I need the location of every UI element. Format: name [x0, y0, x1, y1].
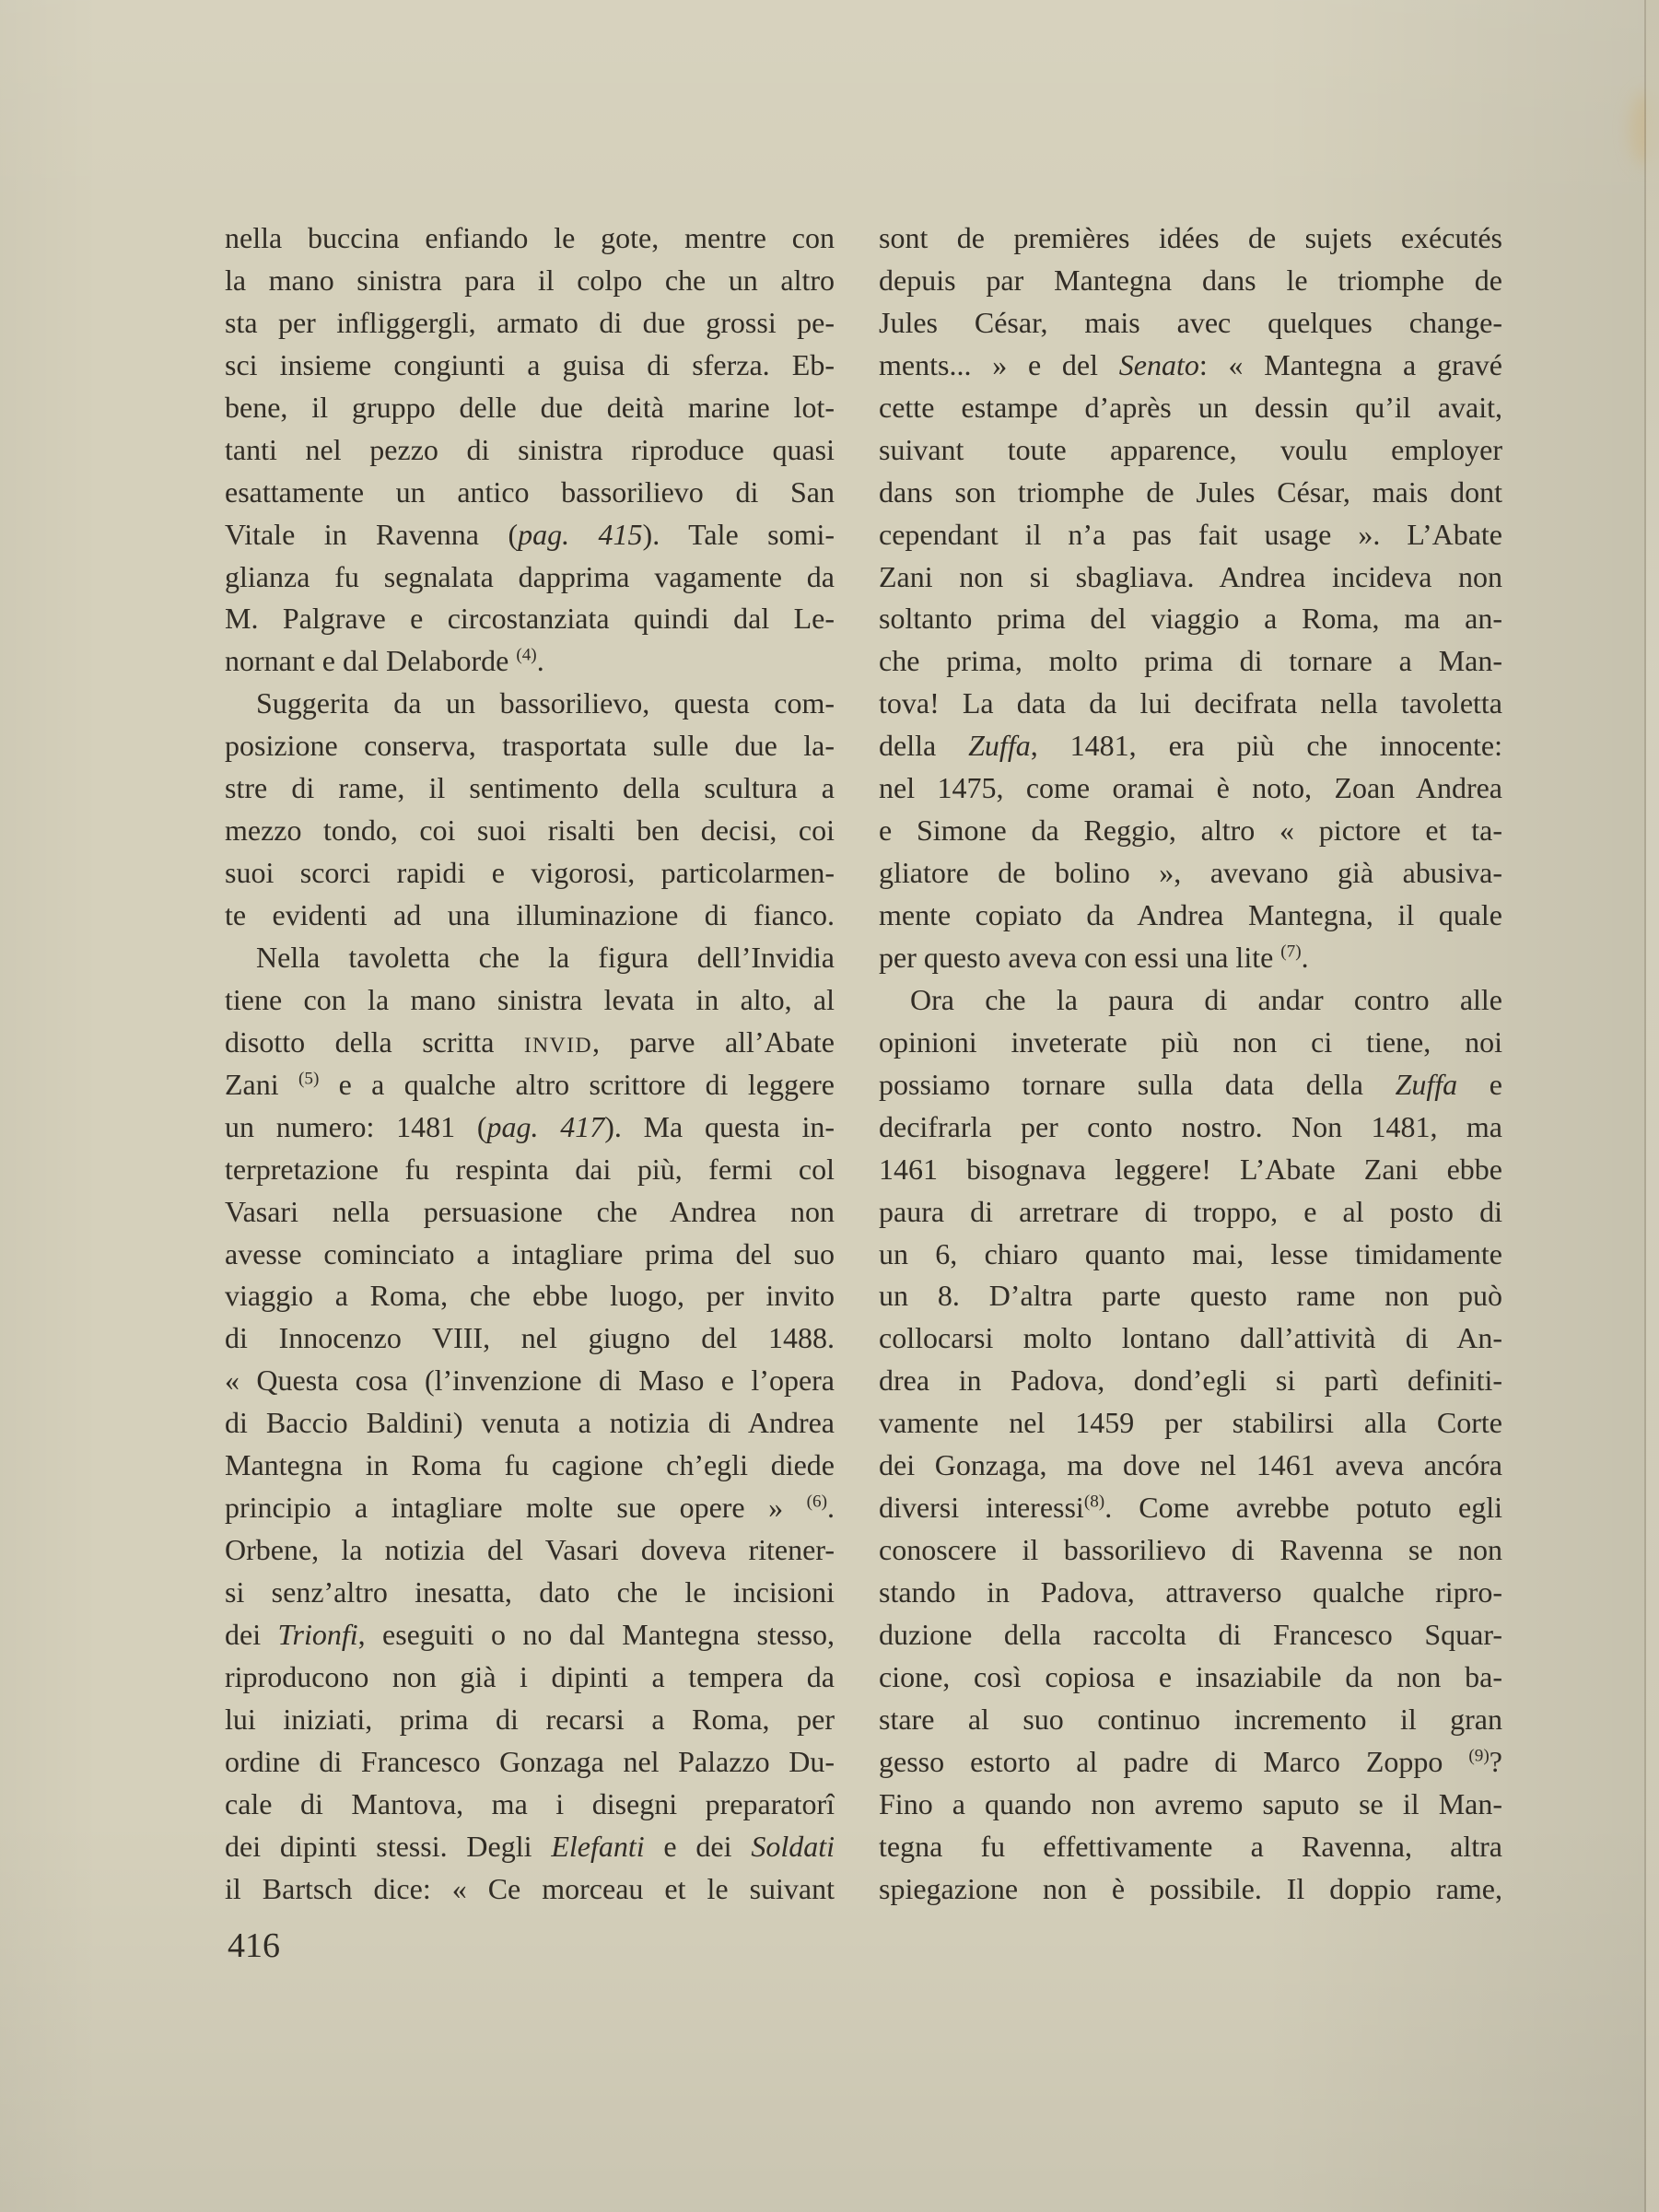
text-line: posizione conserva, trasportata sulle du…	[225, 725, 835, 767]
text-line: riproducono non già i dipinti a tempera …	[225, 1656, 835, 1699]
text-column-right: sont de premières idées de sujets exécut…	[879, 217, 1502, 1911]
text-segment: ordine di Francesco Gonzaga nel Palazzo …	[225, 1745, 835, 1778]
text-segment: mezzo tondo, coi suoi risalti ben decisi…	[225, 813, 835, 847]
text-line: esattamente un antico bassorilievo di Sa…	[225, 472, 835, 514]
text-segment: , parve all’Abate	[592, 1025, 835, 1059]
text-segment: Fino a quando non avremo saputo se il Ma…	[879, 1787, 1502, 1820]
text-line: avesse cominciato a intagliare prima del…	[225, 1234, 835, 1276]
text-line: un 8. D’altra parte questo rame non può	[879, 1275, 1502, 1317]
text-segment: tegna fu effettivamente a Ravenna, altra	[879, 1830, 1502, 1863]
text-segment: Jules César, mais avec quelques change-	[879, 306, 1502, 339]
text-line: sont de premières idées de sujets exécut…	[879, 217, 1502, 260]
text-segment: Elefanti	[551, 1830, 644, 1863]
text-segment: un 8. D’altra parte questo rame non può	[879, 1279, 1502, 1312]
text-line: cione, così copiosa e insaziabile da non…	[879, 1656, 1502, 1699]
text-line: tanti nel pezzo di sinistra riproduce qu…	[225, 429, 835, 472]
text-line: M. Palgrave e circostanziata quindi dal …	[225, 598, 835, 640]
footnote-reference: (9)	[1468, 1746, 1489, 1765]
text-segment: , eseguiti o no dal Mantegna stesso,	[358, 1618, 835, 1651]
text-segment: opinioni inveterate più non ci tiene, no…	[879, 1025, 1502, 1059]
text-line: 1461 bisognava leggere! L’Abate Zani ebb…	[879, 1149, 1502, 1191]
text-segment: vamente nel 1459 per stabilirsi alla Cor…	[879, 1406, 1502, 1439]
text-line: collocarsi molto lontano dall’attività d…	[879, 1317, 1502, 1360]
text-line: gliatore de bolino », avevano già abusiv…	[879, 852, 1502, 895]
text-segment: paura di arretrare di troppo, e al posto…	[879, 1195, 1502, 1228]
text-line: cale di Mantova, ma i disegni preparator…	[225, 1784, 835, 1826]
footnote-reference: (5)	[298, 1069, 319, 1088]
text-segment: mente copiato da Andrea Mantegna, il qua…	[879, 898, 1502, 931]
text-line: ments... » e del Senato: « Mantegna a gr…	[879, 345, 1502, 387]
text-line: Vasari nella persuasione che Andrea non	[225, 1191, 835, 1234]
text-segment: nella buccina enfiando le gote, mentre c…	[225, 221, 835, 254]
text-segment: diversi interessi	[879, 1491, 1084, 1524]
text-line: stre di rame, il sentimento della scultu…	[225, 767, 835, 810]
text-segment: pag. 417	[486, 1110, 604, 1143]
text-line: bene, il gruppo delle due deità marine l…	[225, 387, 835, 429]
text-segment: suivant toute apparence, voulu employer	[879, 433, 1502, 466]
text-segment: .	[537, 644, 544, 677]
text-line: Mantegna in Roma fu cagione ch’egli died…	[225, 1445, 835, 1487]
text-segment: si senz’altro inesatta, dato che le inci…	[225, 1575, 835, 1609]
text-line: nornant e dal Delaborde (4).	[225, 640, 835, 683]
text-line: ordine di Francesco Gonzaga nel Palazzo …	[225, 1741, 835, 1784]
text-segment: soltanto prima del viaggio a Roma, ma an…	[879, 602, 1502, 635]
text-segment: per questo aveva con essi una lite	[879, 941, 1280, 974]
text-line: cependant il n’a pas fait usage ». L’Aba…	[879, 514, 1502, 556]
text-segment: esattamente un antico bassorilievo di Sa…	[225, 475, 835, 509]
text-segment: duzione della raccolta di Francesco Squa…	[879, 1618, 1502, 1651]
text-line: principio a intagliare molte sue opere »…	[225, 1487, 835, 1529]
text-segment: , 1481, era più che innocente:	[1031, 729, 1502, 762]
text-segment: Zuffa	[968, 729, 1031, 762]
text-segment: posizione conserva, trasportata sulle du…	[225, 729, 835, 762]
text-line: sci insieme congiunti a guisa di sferza.…	[225, 345, 835, 387]
text-segment: avesse cominciato a intagliare prima del…	[225, 1237, 835, 1270]
text-segment: Zuffa	[1396, 1068, 1458, 1101]
text-line: terpretazione fu respinta dai più, fermi…	[225, 1149, 835, 1191]
text-segment: ). Tale somi-	[643, 518, 835, 551]
footnote-reference: (8)	[1084, 1492, 1104, 1511]
text-line: di Innocenzo VIII, nel giugno del 1488.	[225, 1317, 835, 1360]
text-segment: lui iniziati, prima di recarsi a Roma, p…	[225, 1703, 835, 1736]
text-segment: riproducono non già i dipinti a tempera …	[225, 1660, 835, 1693]
text-segment: gesso estorto al padre di Marco Zoppo	[879, 1745, 1468, 1778]
text-segment: Vasari nella persuasione che Andrea non	[225, 1195, 835, 1228]
text-segment: della	[879, 729, 968, 762]
text-line: per questo aveva con essi una lite (7).	[879, 937, 1502, 979]
text-segment: depuis par Mantegna dans le triomphe de	[879, 263, 1502, 297]
text-line: suivant toute apparence, voulu employer	[879, 429, 1502, 472]
text-line: sta per infliggergli, armato di due gros…	[225, 302, 835, 345]
page-edge-strip	[1646, 0, 1659, 2212]
text-segment: nel 1475, come oramai è noto, Zoan Andre…	[879, 771, 1502, 804]
text-line: soltanto prima del viaggio a Roma, ma an…	[879, 598, 1502, 640]
text-line: diversi interessi(8). Come avrebbe potut…	[879, 1487, 1502, 1529]
text-line: dans son triomphe de Jules César, mais d…	[879, 472, 1502, 514]
text-line: spiegazione non è possibile. Il doppio r…	[879, 1868, 1502, 1911]
text-segment: nornant e dal Delaborde	[225, 644, 516, 677]
text-line: tova! La data da lui decifrata nella tav…	[879, 683, 1502, 725]
text-line: Zani non si sbagliava. Andrea incideva n…	[879, 556, 1502, 599]
text-segment: . Come avrebbe potuto egli	[1104, 1491, 1502, 1524]
text-line: il Bartsch dice: « Ce morceau et le suiv…	[225, 1868, 835, 1911]
text-line: drea in Padova, dond’egli si partì defin…	[879, 1360, 1502, 1402]
text-segment: « Questa cosa (l’invenzione di Maso e l’…	[225, 1363, 835, 1397]
text-segment: e dei	[645, 1830, 752, 1863]
text-line: e Simone da Reggio, altro « pictore et t…	[879, 810, 1502, 852]
text-line: decifrarla per conto nostro. Non 1481, m…	[879, 1106, 1502, 1149]
text-line: stando in Padova, attraverso qualche rip…	[879, 1572, 1502, 1614]
text-segment: M. Palgrave e circostanziata quindi dal …	[225, 602, 835, 635]
text-segment: cette estampe d’après un dessin qu’il av…	[879, 391, 1502, 424]
text-segment: dans son triomphe de Jules César, mais d…	[879, 475, 1502, 509]
text-segment: un 6, chiaro quanto mai, lesse timidamen…	[879, 1237, 1502, 1270]
text-line: vamente nel 1459 per stabilirsi alla Cor…	[879, 1402, 1502, 1445]
text-segment: la mano sinistra para il colpo che un al…	[225, 263, 835, 297]
text-line: tiene con la mano sinistra levata in alt…	[225, 979, 835, 1022]
text-segment: stre di rame, il sentimento della scultu…	[225, 771, 835, 804]
text-segment: dei Gonzaga, ma dove nel 1461 aveva ancó…	[879, 1448, 1502, 1481]
text-line: Suggerita da un bassorilievo, questa com…	[225, 683, 835, 725]
text-segment: Mantegna in Roma fu cagione ch’egli died…	[225, 1448, 835, 1481]
text-segment: ments... » e del	[879, 348, 1119, 381]
text-line: cette estampe d’après un dessin qu’il av…	[879, 387, 1502, 429]
text-line: suoi scorci rapidi e vigorosi, particola…	[225, 852, 835, 895]
text-segment: stare al suo continuo incremento il gran	[879, 1703, 1502, 1736]
text-line: « Questa cosa (l’invenzione di Maso e l’…	[225, 1360, 835, 1402]
text-line: un 6, chiaro quanto mai, lesse timidamen…	[879, 1234, 1502, 1276]
text-segment: pag. 415	[518, 518, 642, 551]
footnote-reference: (6)	[807, 1492, 827, 1511]
text-line: disotto della scritta INVID, parve all’A…	[225, 1022, 835, 1064]
text-segment: cione, così copiosa e insaziabile da non…	[879, 1660, 1502, 1693]
text-segment: un numero: 1481 (	[225, 1110, 486, 1143]
text-segment: tiene con la mano sinistra levata in alt…	[225, 983, 835, 1016]
text-segment: che prima, molto prima di tornare a Man-	[879, 644, 1502, 677]
text-segment: Senato	[1119, 348, 1199, 381]
text-segment: tova! La data da lui decifrata nella tav…	[879, 686, 1502, 720]
text-segment: .	[1302, 941, 1309, 974]
text-segment: spiegazione non è possibile. Il doppio r…	[879, 1872, 1502, 1905]
text-segment: bene, il gruppo delle due deità marine l…	[225, 391, 835, 424]
text-segment: : « Mantegna a gravé	[1199, 348, 1502, 381]
text-segment: sci insieme congiunti a guisa di sferza.…	[225, 348, 835, 381]
text-segment: e a qualche altro scrittore di leggere	[319, 1068, 835, 1101]
text-line: nella buccina enfiando le gote, mentre c…	[225, 217, 835, 260]
text-segment: di Innocenzo VIII, nel giugno del 1488.	[225, 1321, 835, 1354]
text-segment: disotto della scritta	[225, 1025, 524, 1059]
text-line: te evidenti ad una illuminazione di fian…	[225, 895, 835, 937]
text-line: Fino a quando non avremo saputo se il Ma…	[879, 1784, 1502, 1826]
page-number: 416	[228, 1925, 280, 1966]
text-segment: e Simone da Reggio, altro « pictore et t…	[879, 813, 1502, 847]
text-segment: gliatore de bolino », avevano già abusiv…	[879, 856, 1502, 889]
text-line: mente copiato da Andrea Mantegna, il qua…	[879, 895, 1502, 937]
text-segment: conoscere il bassorilievo di Ravenna se …	[879, 1533, 1502, 1566]
text-line: nel 1475, come oramai è noto, Zoan Andre…	[879, 767, 1502, 810]
text-line: duzione della raccolta di Francesco Squa…	[879, 1614, 1502, 1656]
text-segment: Orbene, la notizia del Vasari doveva rit…	[225, 1533, 835, 1566]
text-column-left: nella buccina enfiando le gote, mentre c…	[225, 217, 835, 1911]
text-segment: 1461 bisognava leggere! L’Abate Zani ebb…	[879, 1153, 1502, 1186]
text-line: si senz’altro inesatta, dato che le inci…	[225, 1572, 835, 1614]
text-segment: dei dipinti stessi. Degli	[225, 1830, 551, 1863]
text-segment: Trionfi	[277, 1618, 357, 1651]
text-line: Jules César, mais avec quelques change-	[879, 302, 1502, 345]
footnote-reference: (7)	[1280, 942, 1301, 961]
text-segment: cale di Mantova, ma i disegni preparator…	[225, 1787, 835, 1820]
text-segment: decifrarla per conto nostro. Non 1481, m…	[879, 1110, 1502, 1143]
text-line: opinioni inveterate più non ci tiene, no…	[879, 1022, 1502, 1064]
text-segment: sta per infliggergli, armato di due gros…	[225, 306, 835, 339]
book-page-background: nella buccina enfiando le gote, mentre c…	[0, 0, 1659, 2212]
text-line: paura di arretrare di troppo, e al posto…	[879, 1191, 1502, 1234]
text-segment: collocarsi molto lontano dall’attività d…	[879, 1321, 1502, 1354]
text-line: depuis par Mantegna dans le triomphe de	[879, 260, 1502, 302]
text-line: glianza fu segnalata dapprima vagamente …	[225, 556, 835, 599]
text-line: viaggio a Roma, che ebbe luogo, per invi…	[225, 1275, 835, 1317]
text-line: Ora che la paura di andar contro alle	[879, 979, 1502, 1022]
text-segment: Zani	[225, 1068, 298, 1101]
text-segment: Nella tavoletta che la figura dell’Invid…	[256, 941, 835, 974]
text-segment: e	[1457, 1068, 1502, 1101]
text-segment: ?	[1490, 1745, 1502, 1778]
text-segment: Vitale in Ravenna (	[225, 518, 518, 551]
text-segment: tanti nel pezzo di sinistra riproduce qu…	[225, 433, 835, 466]
text-segment: Ora che la paura di andar contro alle	[910, 983, 1502, 1016]
text-line: un numero: 1481 (pag. 417). Ma questa in…	[225, 1106, 835, 1149]
text-segment: suoi scorci rapidi e vigorosi, particola…	[225, 856, 835, 889]
text-line: Zani (5) e a qualche altro scrittore di …	[225, 1064, 835, 1106]
text-segment: Soldati	[751, 1830, 835, 1863]
text-segment: cependant il n’a pas fait usage ». L’Aba…	[879, 518, 1502, 551]
text-segment: stando in Padova, attraverso qualche rip…	[879, 1575, 1502, 1609]
text-segment: principio a intagliare molte sue opere »	[225, 1491, 807, 1524]
text-line: mezzo tondo, coi suoi risalti ben decisi…	[225, 810, 835, 852]
text-line: dei Gonzaga, ma dove nel 1461 aveva ancó…	[879, 1445, 1502, 1487]
small-caps-inscription: INVID	[524, 1034, 592, 1058]
text-line: di Baccio Baldini) venuta a notizia di A…	[225, 1402, 835, 1445]
text-line: conoscere il bassorilievo di Ravenna se …	[879, 1529, 1502, 1572]
text-segment: dei	[225, 1618, 277, 1651]
text-segment: Suggerita da un bassorilievo, questa com…	[256, 686, 835, 720]
text-line: gesso estorto al padre di Marco Zoppo (9…	[879, 1741, 1502, 1784]
text-line: la mano sinistra para il colpo che un al…	[225, 260, 835, 302]
text-segment: .	[827, 1491, 835, 1524]
text-segment: terpretazione fu respinta dai più, fermi…	[225, 1153, 835, 1186]
text-line: dei dipinti stessi. Degli Elefanti e dei…	[225, 1826, 835, 1868]
text-line: stare al suo continuo incremento il gran	[879, 1699, 1502, 1741]
text-line: Orbene, la notizia del Vasari doveva rit…	[225, 1529, 835, 1572]
text-segment: possiamo tornare sulla data della	[879, 1068, 1396, 1101]
text-line: della Zuffa, 1481, era più che innocente…	[879, 725, 1502, 767]
text-segment: sont de premières idées de sujets exécut…	[879, 221, 1502, 254]
text-segment: di Baccio Baldini) venuta a notizia di A…	[225, 1406, 835, 1439]
footnote-reference: (4)	[516, 646, 536, 665]
text-segment: Zani non si sbagliava. Andrea incideva n…	[879, 560, 1502, 593]
text-line: tegna fu effettivamente a Ravenna, altra	[879, 1826, 1502, 1868]
text-line: che prima, molto prima di tornare a Man-	[879, 640, 1502, 683]
text-segment: ). Ma questa in-	[604, 1110, 835, 1143]
text-segment: viaggio a Roma, che ebbe luogo, per invi…	[225, 1279, 835, 1312]
text-segment: drea in Padova, dond’egli si partì defin…	[879, 1363, 1502, 1397]
text-line: dei Trionfi, eseguiti o no dal Mantegna …	[225, 1614, 835, 1656]
text-segment: te evidenti ad una illuminazione di fian…	[225, 898, 835, 931]
text-line: Vitale in Ravenna (pag. 415). Tale somi-	[225, 514, 835, 556]
text-line: lui iniziati, prima di recarsi a Roma, p…	[225, 1699, 835, 1741]
text-line: Nella tavoletta che la figura dell’Invid…	[225, 937, 835, 979]
text-line: possiamo tornare sulla data della Zuffa …	[879, 1064, 1502, 1106]
text-segment: glianza fu segnalata dapprima vagamente …	[225, 560, 835, 593]
text-segment: il Bartsch dice: « Ce morceau et le suiv…	[225, 1872, 835, 1905]
page-edge-crease-line	[1644, 0, 1646, 2212]
